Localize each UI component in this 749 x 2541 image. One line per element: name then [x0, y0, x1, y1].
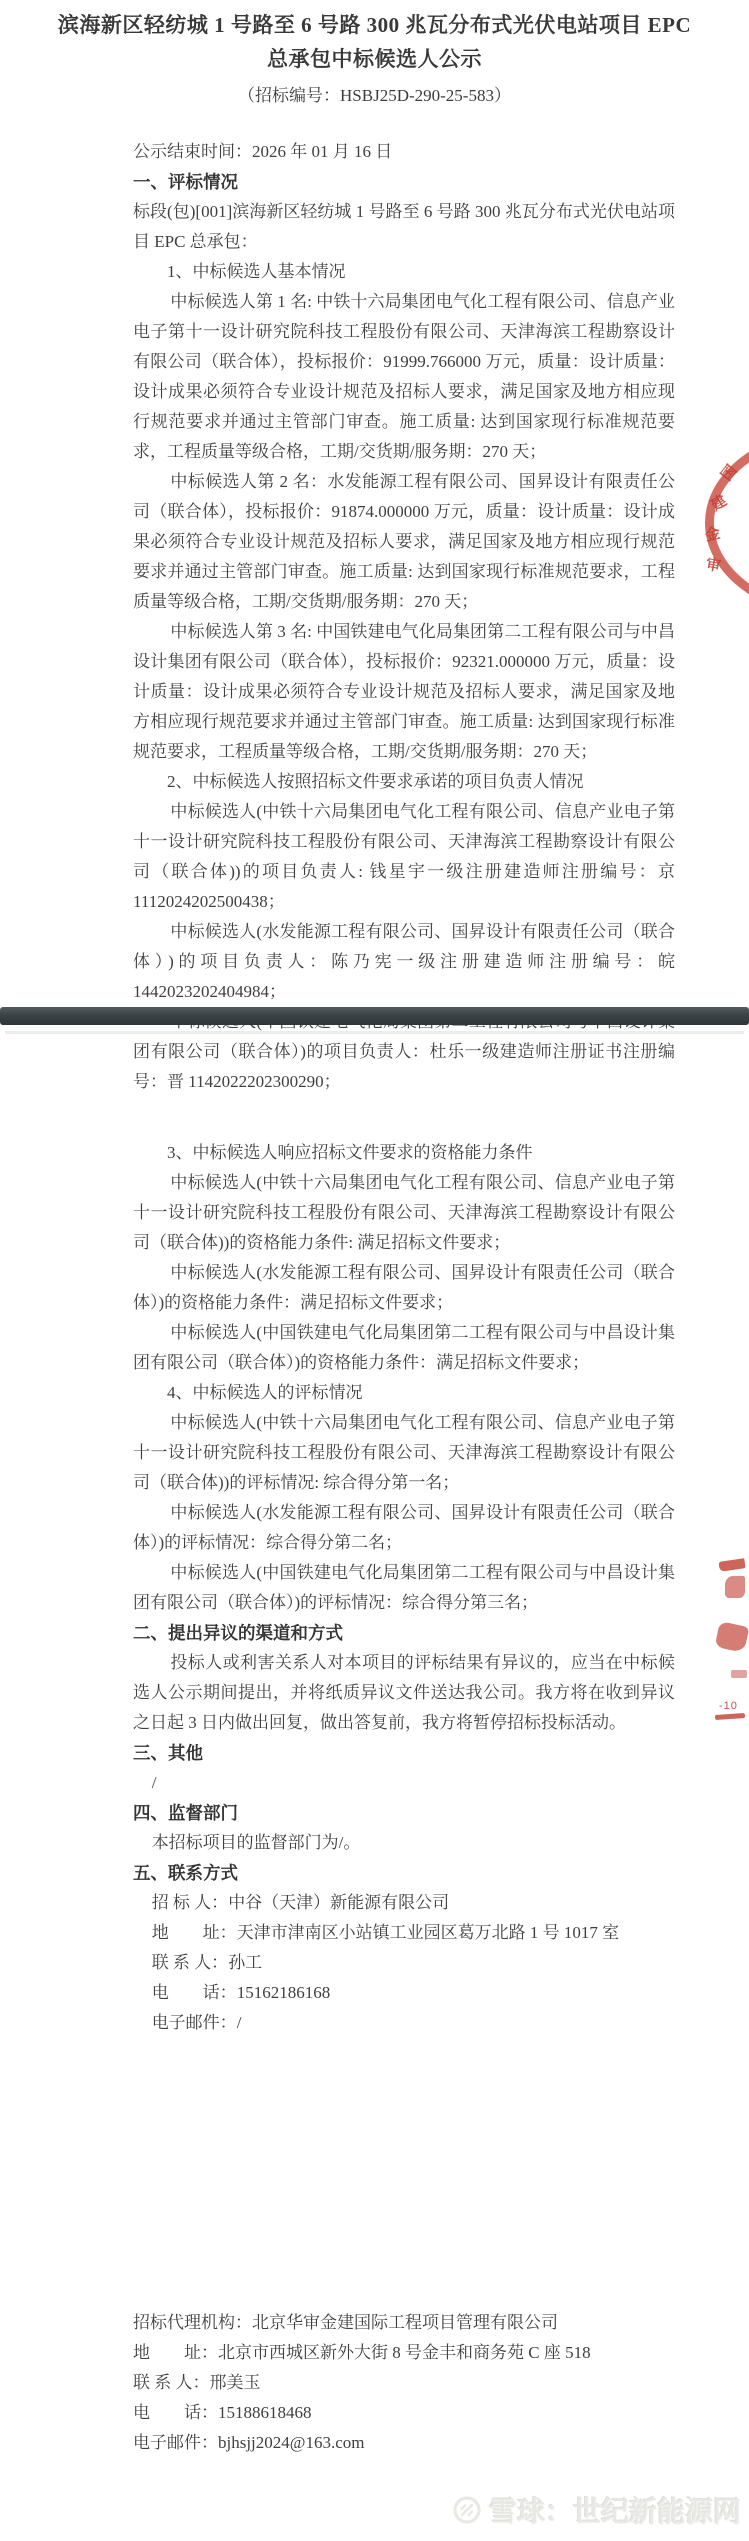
seal-fragment-blob [718, 1558, 745, 1572]
contact-value: 孙工 [228, 1953, 262, 1972]
contact-label: 电子邮件： [152, 2013, 237, 2032]
seal-character: 国 [716, 460, 742, 485]
contact-label: 联 系 人： [133, 2373, 210, 2392]
qualification-2-paragraph: 中标候选人(水发能源工程有限公司、国昇设计有限责任公司（联合体）)的资格能力条件… [133, 1258, 675, 1318]
contact-label: 电 话： [152, 1983, 237, 2002]
publicity-end-date: 公示结束时间：2026 年 01 月 16 日 [133, 137, 675, 167]
contact-label: 电子邮件： [133, 2433, 218, 2452]
contact-value: 北京市西城区新外大街 8 号金丰和商务苑 C 座 518 [218, 2343, 591, 2362]
evaluation-2-paragraph: 中标候选人(水发能源工程有限公司、国昇设计有限责任公司（联合体）)的评标情况：综… [133, 1498, 675, 1558]
evaluation-1-paragraph: 中标候选人(中铁十六局集团电气化工程有限公司、信息产业电子第十一设计研究院科技工… [133, 1408, 675, 1498]
page-2-body: 3、中标候选人响应招标文件要求的资格能力条件 中标候选人(中铁十六局集团电气化工… [133, 1138, 675, 2038]
seal-fragment-blob [715, 1621, 749, 1653]
watermark-text: 雪球：世纪新能源网 [489, 2490, 741, 2530]
contact-label: 招 标 人： [152, 1893, 229, 1912]
site-watermark: 雪球：世纪新能源网 [452, 2490, 741, 2530]
contact-value: 北京华审金建国际工程项目管理有限公司 [252, 2313, 558, 2332]
tenderer-name-row: 招 标 人：中谷（天津）新能源有限公司 [133, 1888, 675, 1918]
xueqiu-logo-icon [452, 2495, 482, 2525]
agency-contact-person-row: 联 系 人：邢美玉 [133, 2368, 693, 2398]
contact-value: 中谷（天津）新能源有限公司 [228, 1893, 449, 1912]
candidate-2-paragraph: 中标候选人第 2 名：水发能源工程有限公司、国昇设计有限责任公司（联合体），投标… [133, 467, 675, 617]
qualification-3-paragraph: 中标候选人(中国铁建电气化局集团第二工程有限公司与中昌设计集团有限公司（联合体）… [133, 1318, 675, 1378]
subsection-1-heading: 1、中标候选人基本情况 [133, 257, 675, 287]
seal-ring [705, 428, 749, 618]
section-2-heading: 二、提出异议的渠道和方式 [133, 1618, 675, 1648]
tenderer-address-row: 地 址：天津市津南区小站镇工业园区葛万北路 1 号 1017 室 [133, 1918, 675, 1948]
seal-character: 金 [703, 522, 722, 546]
contact-value: 天津市津南区小站镇工业园区葛万北路 1 号 1017 室 [237, 1923, 620, 1942]
section-1-heading: 一、评标情况 [133, 167, 675, 197]
subsection-3-heading: 3、中标候选人响应招标文件要求的资格能力条件 [133, 1138, 675, 1168]
seal-fragment-blob [715, 1713, 745, 1720]
section-1-intro: 标段(包)[001]滨海新区轻纺城 1 号路至 6 号路 300 兆瓦分布式光伏… [133, 197, 675, 257]
seal-fragment-text: -10 [719, 1700, 738, 1712]
agency-contact-block: 招标代理机构：北京华审金建国际工程项目管理有限公司 地 址：北京市西城区新外大街… [133, 2308, 693, 2458]
supervision-body: 本招标项目的监督部门为/。 [133, 1828, 675, 1858]
contact-label: 联 系 人： [152, 1953, 229, 1972]
section-3-content: / [133, 1768, 675, 1798]
seal-fragment: -10 [707, 1552, 749, 1727]
contact-value: 邢美玉 [210, 2373, 261, 2392]
bid-number: （招标编号：HSBJ25D-290-25-583） [0, 81, 749, 106]
tenderer-phone-row: 电 话：15162186168 [133, 1978, 675, 2008]
subsection-4-heading: 4、中标候选人的评标情况 [133, 1378, 675, 1408]
candidate-1-paragraph: 中标候选人第 1 名: 中铁十六局集团电气化工程有限公司、信息产业电子第十一设计… [133, 287, 675, 467]
agency-name-row: 招标代理机构：北京华审金建国际工程项目管理有限公司 [133, 2308, 693, 2338]
section-3-heading: 三、其他 [133, 1738, 675, 1768]
seal-character: 审 [704, 553, 722, 576]
page-1-body: 公示结束时间：2026 年 01 月 16 日 一、评标情况 标段(包)[001… [133, 137, 675, 1097]
contact-label: 招标代理机构： [133, 2313, 252, 2332]
subsection-2-heading: 2、中标候选人按照招标文件要求承诺的项目负责人情况 [133, 767, 675, 797]
agency-address-row: 地 址：北京市西城区新外大街 8 号金丰和商务苑 C 座 518 [133, 2338, 693, 2368]
page-break-bar [0, 1007, 749, 1025]
seal-character: 建 [707, 490, 731, 516]
contact-label: 地 址： [133, 2343, 218, 2362]
page-separator-line [5, 1031, 744, 1034]
section-4-heading: 四、监督部门 [133, 1798, 675, 1828]
project-manager-2-paragraph: 中标候选人(水发能源工程有限公司、国昇设计有限责任公司（联合体）)的项目负责人：… [133, 917, 675, 1007]
contact-label: 地 址： [152, 1923, 237, 1942]
objection-body: 投标人或利害关系人对本项目的评标结果有异议的，应当在中标候选人公示期间提出，并将… [133, 1648, 675, 1738]
page-title: 滨海新区轻纺城 1 号路至 6 号路 300 兆瓦分布式光伏电站项目 EPC 总… [47, 8, 702, 76]
seal-fragment-blob [731, 1670, 747, 1678]
seal-fragment-blob [725, 1576, 745, 1598]
agency-email-row: 电子邮件：bjhsjj2024@163.com [133, 2428, 693, 2458]
contact-value: bjhsjj2024@163.com [218, 2433, 364, 2452]
contact-value: 15162186168 [237, 1983, 331, 2002]
tenderer-email-row: 电子邮件：/ [133, 2008, 675, 2038]
candidate-3-paragraph: 中标候选人第 3 名: 中国铁建电气化局集团第二工程有限公司与中昌设计集团有限公… [133, 617, 675, 767]
red-company-seal: 国 建 金 审 [691, 428, 749, 618]
contact-value: 15188618468 [218, 2403, 312, 2422]
contact-label: 电 话： [133, 2403, 218, 2422]
agency-phone-row: 电 话：15188618468 [133, 2398, 693, 2428]
contact-value: / [237, 2013, 242, 2032]
qualification-1-paragraph: 中标候选人(中铁十六局集团电气化工程有限公司、信息产业电子第十一设计研究院科技工… [133, 1168, 675, 1258]
section-5-heading: 五、联系方式 [133, 1858, 675, 1888]
evaluation-3-paragraph: 中标候选人(中国铁建电气化局集团第二工程有限公司与中昌设计集团有限公司（联合体）… [133, 1558, 675, 1618]
tenderer-contact-person-row: 联 系 人：孙工 [133, 1948, 675, 1978]
project-manager-1-paragraph: 中标候选人(中铁十六局集团电气化工程有限公司、信息产业电子第十一设计研究院科技工… [133, 797, 675, 917]
